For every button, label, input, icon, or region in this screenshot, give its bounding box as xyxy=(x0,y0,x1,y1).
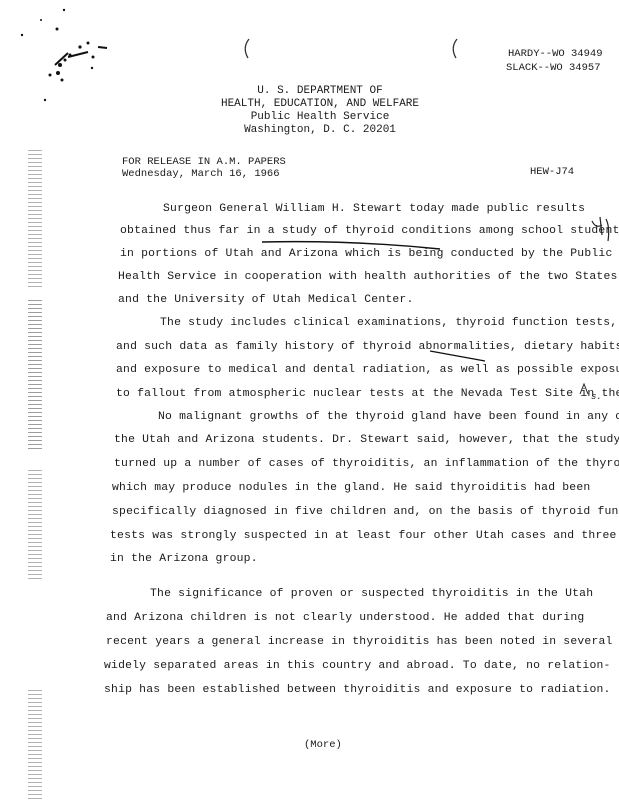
scan-hole-mark xyxy=(449,38,459,60)
para3-line4: which may produce nodules in the gland. … xyxy=(112,482,590,494)
para3-line6: tests was strongly suspected in at least… xyxy=(110,530,617,542)
para4-line1: The significance of proven or suspected … xyxy=(150,588,593,600)
file-ref-hardy: HARDY--WO 34949 xyxy=(508,48,603,60)
footer-more: (More) xyxy=(304,739,342,751)
para1-line4: Health Service in cooperation with healt… xyxy=(118,271,618,283)
file-ref-slack: SLACK--WO 34957 xyxy=(506,62,601,74)
para4-line4: widely separated areas in this country a… xyxy=(104,660,611,672)
para2-line1: The study includes clinical examinations… xyxy=(160,317,617,329)
scan-margin-noise xyxy=(28,150,42,290)
handwritten-arrow xyxy=(430,349,490,363)
agency-header: U. S. DEPARTMENT OF HEALTH, EDUCATION, A… xyxy=(190,85,450,137)
agency-line-3: Public Health Service xyxy=(190,111,450,124)
para3-line3: turned up a number of cases of thyroidit… xyxy=(114,458,619,470)
release-line-1: FOR RELEASE IN A.M. PAPERS xyxy=(122,156,286,168)
agency-line-1: U. S. DEPARTMENT OF xyxy=(190,85,450,98)
scan-margin-noise xyxy=(28,690,42,800)
scan-hole-mark xyxy=(241,38,251,60)
handwritten-underline xyxy=(262,240,442,252)
para3-line7: in the Arizona group. xyxy=(110,553,258,565)
para4-line3: recent years a general increase in thyro… xyxy=(106,636,613,648)
para1-line5: and the University of Utah Medical Cente… xyxy=(118,294,414,306)
para2-line2: and such data as family history of thyro… xyxy=(116,341,619,353)
release-date: Wednesday, March 16, 1966 xyxy=(122,168,280,180)
release-code: HEW-J74 xyxy=(530,166,574,178)
para3-line1: No malignant growths of the thyroid glan… xyxy=(158,411,619,423)
para1-line1: Surgeon General William H. Stewart today… xyxy=(163,203,585,215)
scan-margin-noise xyxy=(28,300,42,450)
para3-line5: specifically diagnosed in five children … xyxy=(112,506,619,518)
agency-line-4: Washington, D. C. 20201 xyxy=(190,124,450,137)
handwritten-margin-mark xyxy=(588,213,614,247)
para2-line3: and exposure to medical and dental radia… xyxy=(116,364,619,376)
scan-margin-noise xyxy=(28,470,42,580)
para4-line5: ship has been established between thyroi… xyxy=(104,684,611,696)
para2-line4: to fallout from atmospheric nuclear test… xyxy=(116,388,619,400)
para1-line2: obtained thus far in a study of thyroid … xyxy=(120,225,619,237)
scan-noise-mark xyxy=(10,5,110,115)
agency-line-2: HEALTH, EDUCATION, AND WELFARE xyxy=(190,98,450,111)
para4-line2: and Arizona children is not clearly unde… xyxy=(106,612,584,624)
handwritten-annotation: s. xyxy=(591,392,602,402)
para3-line2: the Utah and Arizona students. Dr. Stewa… xyxy=(114,434,619,446)
